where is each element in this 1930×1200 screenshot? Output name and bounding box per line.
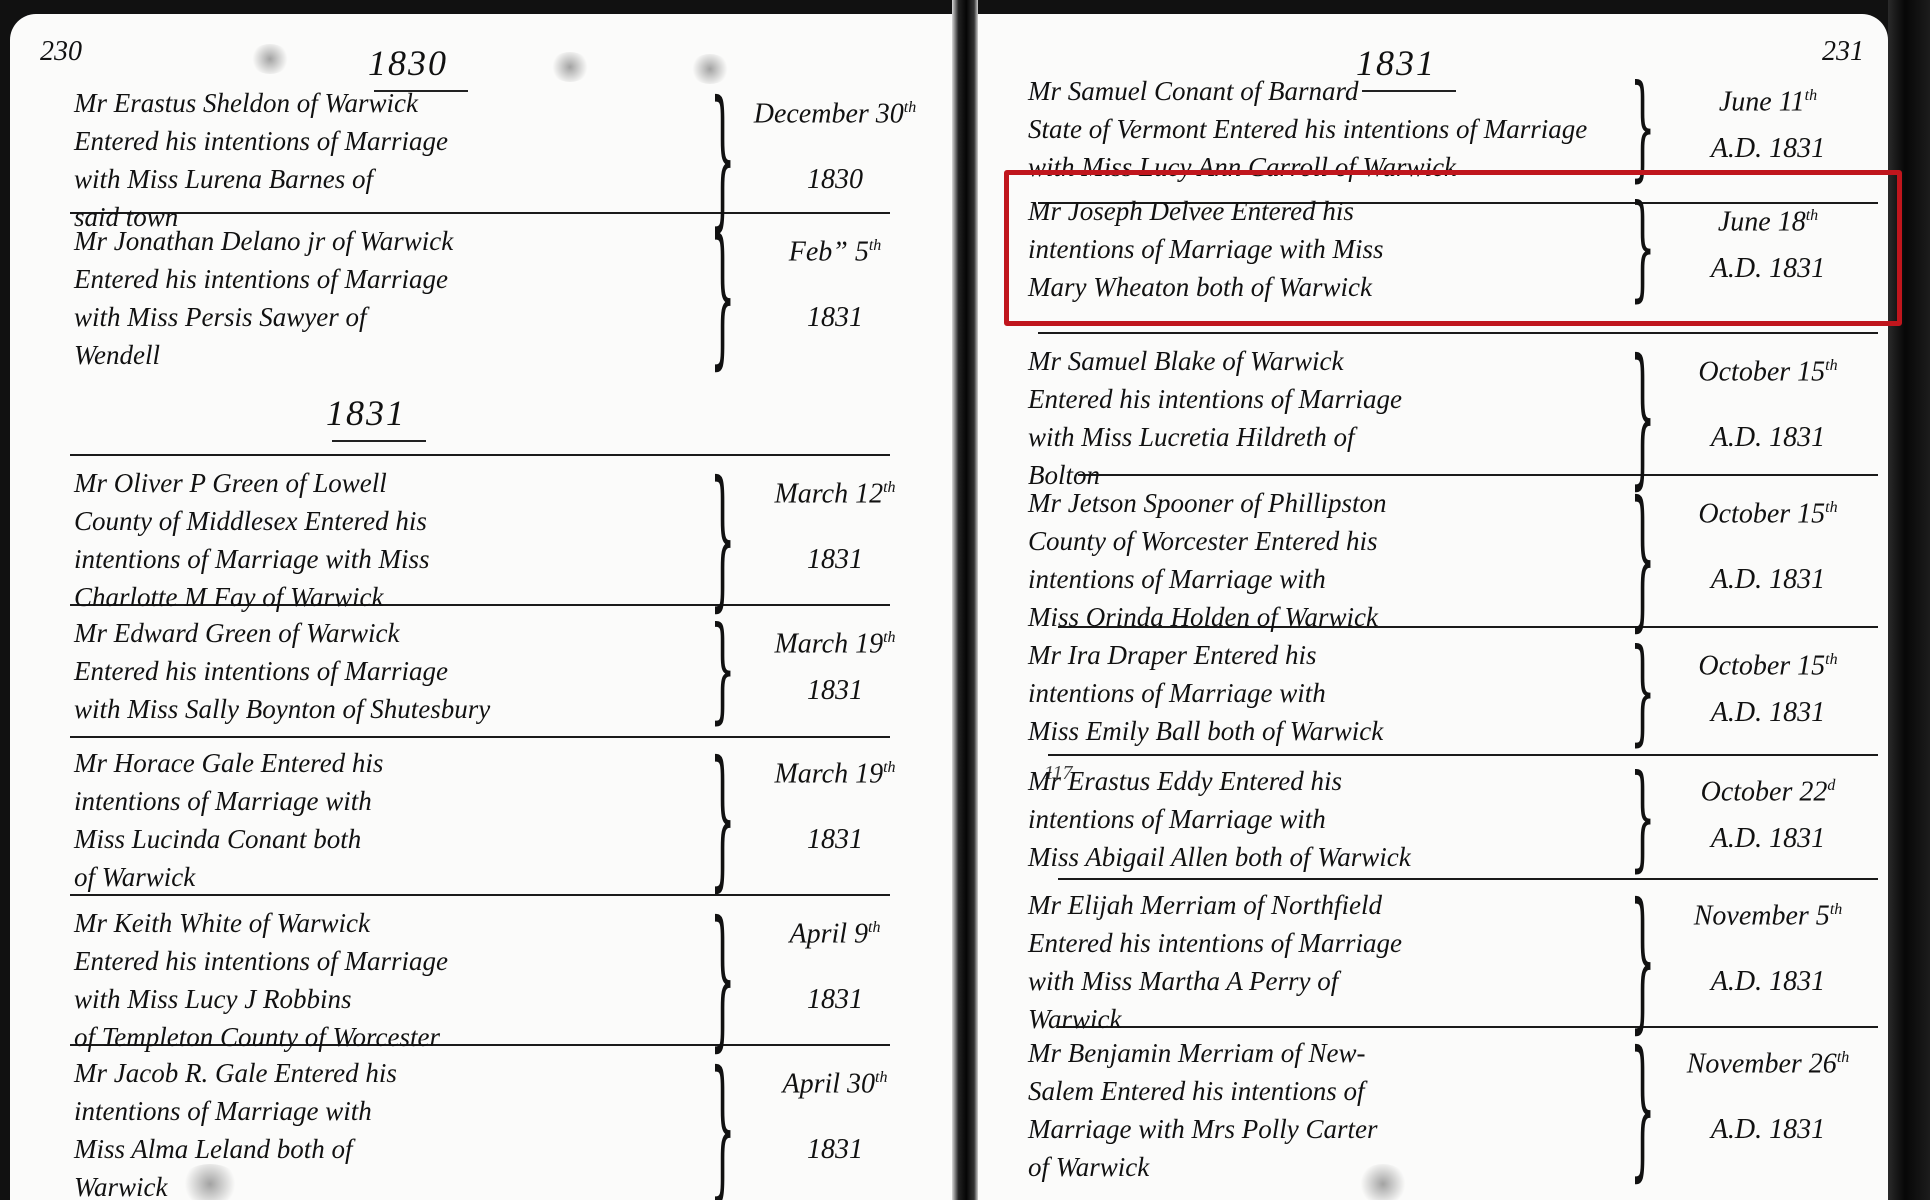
marriage-entry: Mr Jacob R. Gale Entered his intentions … bbox=[10, 1054, 952, 1200]
entry-date-day: March 12th bbox=[745, 468, 925, 514]
brace-bracket: } bbox=[1630, 636, 1655, 750]
entry-date: December 30th1830 bbox=[745, 88, 925, 200]
entry-text: Mr Jetson Spooner of Phillipston County … bbox=[1028, 484, 1628, 636]
entry-date: Feb” 5th1831 bbox=[745, 226, 925, 338]
entry-date-day: April 9th bbox=[745, 908, 925, 954]
entry-date: June 18thA.D. 1831 bbox=[1668, 196, 1868, 289]
entry-date: October 15thA.D. 1831 bbox=[1668, 488, 1868, 600]
entry-date-year: 1830 bbox=[745, 160, 925, 200]
entry-date-day: June 18th bbox=[1668, 196, 1868, 242]
entry-date-day: April 30th bbox=[745, 1058, 925, 1104]
brace-bracket: } bbox=[710, 614, 735, 728]
entry-date-year: 1831 bbox=[745, 820, 925, 860]
entry-date-year: A.D. 1831 bbox=[1668, 129, 1868, 169]
marriage-entry: Mr Oliver P Green of Lowell County of Mi… bbox=[10, 464, 952, 616]
left-page: 230 1830 1831 Mr Erastus Sheldon of Warw… bbox=[10, 14, 952, 1200]
entry-date: October 15thA.D. 1831 bbox=[1668, 640, 1868, 733]
brace-bracket: } bbox=[710, 222, 735, 374]
entry-date: November 5thA.D. 1831 bbox=[1668, 890, 1868, 1002]
marriage-entry: Mr Horace Gale Entered his intentions of… bbox=[10, 744, 952, 896]
entry-highlighted: Mr Joseph Delvee Entered his intentions … bbox=[978, 192, 1888, 306]
entry-date-day: October 22d bbox=[1668, 766, 1868, 812]
entry-date-day: December 30th bbox=[745, 88, 925, 134]
ink-smudge bbox=[250, 44, 290, 74]
entry-text: Mr Edward Green of Warwick Entered his i… bbox=[74, 614, 714, 728]
entry-date: April 30th1831 bbox=[745, 1058, 925, 1170]
entry-date-year: A.D. 1831 bbox=[1668, 693, 1868, 733]
entry-text: Mr Samuel Blake of Warwick Entered his i… bbox=[1028, 342, 1628, 494]
entry-date-day: June 11th bbox=[1668, 76, 1868, 122]
book-edge bbox=[1888, 0, 1930, 1200]
marriage-entry: Mr Edward Green of Warwick Entered his i… bbox=[10, 614, 952, 728]
entry-date-day: November 26th bbox=[1668, 1038, 1868, 1084]
ledger-book-spread: 230 1830 1831 Mr Erastus Sheldon of Warw… bbox=[0, 0, 1930, 1200]
entry-text: Mr Joseph Delvee Entered his intentions … bbox=[1028, 192, 1628, 306]
brace-bracket: } bbox=[710, 464, 735, 616]
entry-date: October 15thA.D. 1831 bbox=[1668, 346, 1868, 458]
entry-date-year: 1831 bbox=[745, 540, 925, 580]
year-heading-1831: 1831 bbox=[326, 392, 406, 434]
entry-text: Mr Erastus Eddy Entered his intentions o… bbox=[1028, 762, 1628, 876]
ink-smudge bbox=[180, 1164, 240, 1200]
entry-text: Mr Samuel Conant of Barnard State of Ver… bbox=[1028, 72, 1628, 186]
entry-date: March 12th1831 bbox=[745, 468, 925, 580]
ledger-rule-line bbox=[1038, 332, 1878, 334]
entry-date-year: 1831 bbox=[745, 671, 925, 711]
marriage-entry: Mr Erastus Sheldon of Warwick Entered hi… bbox=[10, 84, 952, 236]
entry-date: March 19th1831 bbox=[745, 748, 925, 860]
page-number-left: 230 bbox=[40, 36, 82, 68]
entry-date: June 11thA.D. 1831 bbox=[1668, 76, 1868, 169]
entry-date-year: 1831 bbox=[745, 980, 925, 1020]
brace-bracket: } bbox=[1630, 72, 1655, 186]
entry-text: Mr Keith White of Warwick Entered his in… bbox=[74, 904, 714, 1056]
entry-date-day: March 19th bbox=[745, 618, 925, 664]
brace-bracket: } bbox=[710, 904, 735, 1056]
entry-text: Mr Horace Gale Entered his intentions of… bbox=[74, 744, 714, 896]
entry-date-year: A.D. 1831 bbox=[1668, 418, 1868, 458]
brace-bracket: } bbox=[1630, 342, 1655, 494]
entry-text: Mr Ira Draper Entered his intentions of … bbox=[1028, 636, 1628, 750]
entry-date-year: 1831 bbox=[745, 298, 925, 338]
marriage-entry: Mr Samuel Blake of Warwick Entered his i… bbox=[978, 342, 1888, 494]
entry-date: March 19th1831 bbox=[745, 618, 925, 711]
brace-bracket: } bbox=[1630, 1034, 1655, 1186]
ledger-rule-line bbox=[70, 736, 890, 738]
ledger-rule-line bbox=[70, 454, 890, 456]
entry-date-day: October 15th bbox=[1668, 640, 1868, 686]
entry-date-day: October 15th bbox=[1668, 488, 1868, 534]
brace-bracket: } bbox=[710, 744, 735, 896]
entry-date-day: October 15th bbox=[1668, 346, 1868, 392]
brace-bracket: } bbox=[1630, 762, 1655, 876]
entry-text: Mr Jonathan Delano jr of Warwick Entered… bbox=[74, 222, 714, 374]
entry-date-year: A.D. 1831 bbox=[1668, 819, 1868, 859]
marriage-entry: Mr Ira Draper Entered his intentions of … bbox=[978, 636, 1888, 750]
marriage-entry: Mr Keith White of Warwick Entered his in… bbox=[10, 904, 952, 1056]
entry-date-year: A.D. 1831 bbox=[1668, 962, 1868, 1002]
marriage-entry: Mr Elijah Merriam of Northfield Entered … bbox=[978, 886, 1888, 1038]
brace-bracket: } bbox=[1630, 886, 1655, 1038]
marriage-entry: Mr Jonathan Delano jr of Warwick Entered… bbox=[10, 222, 952, 374]
entry-date-year: A.D. 1831 bbox=[1668, 249, 1868, 289]
entry-text: Mr Oliver P Green of Lowell County of Mi… bbox=[74, 464, 714, 616]
book-gutter bbox=[952, 0, 978, 1200]
entry-date: November 26thA.D. 1831 bbox=[1668, 1038, 1868, 1150]
ink-smudge bbox=[690, 54, 730, 84]
page-number-right: 231 bbox=[1822, 36, 1864, 68]
entry-date-day: March 19th bbox=[745, 748, 925, 794]
entry-date: October 22dA.D. 1831 bbox=[1668, 766, 1868, 859]
ledger-rule-line bbox=[1048, 754, 1878, 756]
year-heading-1830: 1830 bbox=[368, 42, 448, 84]
entry-date: April 9th1831 bbox=[745, 908, 925, 1020]
marriage-entry: Mr Samuel Conant of Barnard State of Ver… bbox=[978, 72, 1888, 186]
entry-date-year: A.D. 1831 bbox=[1668, 560, 1868, 600]
entry-date-day: November 5th bbox=[1668, 890, 1868, 936]
entry-text: Mr Erastus Sheldon of Warwick Entered hi… bbox=[74, 84, 714, 236]
entry-text: Mr Jacob R. Gale Entered his intentions … bbox=[74, 1054, 714, 1200]
marriage-entry: Mr Benjamin Merriam of New- Salem Entere… bbox=[978, 1034, 1888, 1186]
entry-date-day: Feb” 5th bbox=[745, 226, 925, 272]
entry-date-year: 1831 bbox=[745, 1130, 925, 1170]
marriage-entry: Mr Erastus Eddy Entered his intentions o… bbox=[978, 762, 1888, 876]
right-page: 231 1831 117 Mr Samuel Conant of Barnard… bbox=[978, 14, 1888, 1200]
entry-text: Mr Elijah Merriam of Northfield Entered … bbox=[1028, 886, 1628, 1038]
entry-text: Mr Benjamin Merriam of New- Salem Entere… bbox=[1028, 1034, 1628, 1186]
brace-bracket: } bbox=[1630, 484, 1655, 636]
ledger-rule-line bbox=[1058, 878, 1878, 880]
marriage-entry: Mr Jetson Spooner of Phillipston County … bbox=[978, 484, 1888, 636]
brace-bracket: } bbox=[710, 1054, 735, 1200]
ink-smudge bbox=[550, 52, 590, 82]
ink-smudge bbox=[1358, 1164, 1408, 1200]
entry-date-year: A.D. 1831 bbox=[1668, 1110, 1868, 1150]
brace-bracket: } bbox=[1630, 192, 1655, 306]
